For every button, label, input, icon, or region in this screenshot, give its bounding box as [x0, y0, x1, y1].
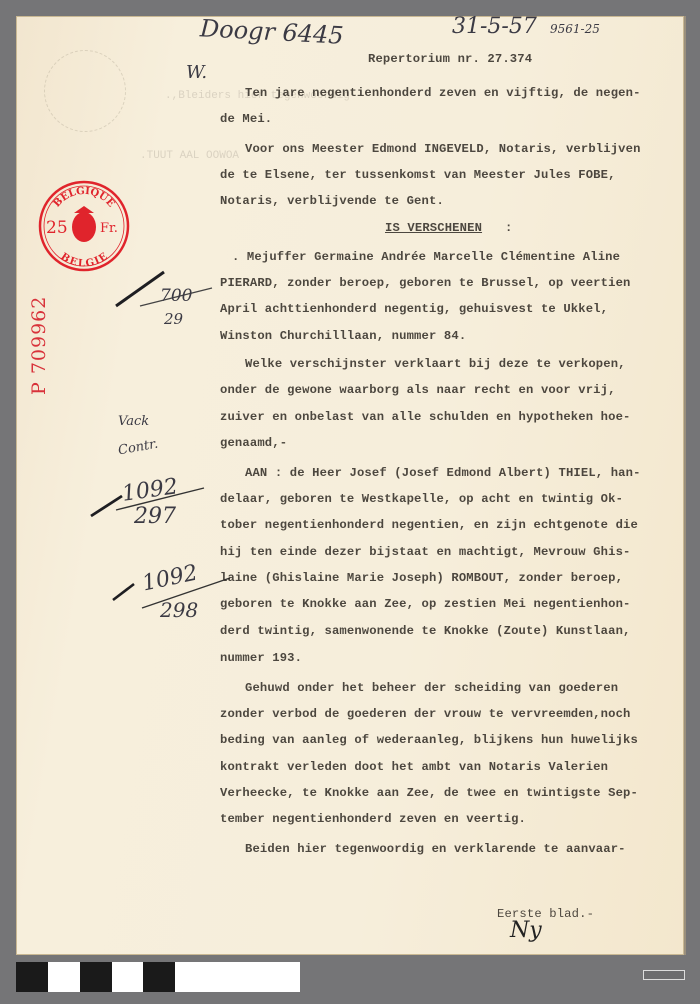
body-line: AAN : de Heer Josef (Josef Edmond Albert…	[245, 466, 641, 480]
body-line: beding van aanleg of wederaanleg, blijke…	[220, 733, 638, 747]
body-line: tober negentienhonderd negentien, en zij…	[220, 518, 638, 532]
embossed-seal-icon	[44, 50, 126, 132]
calibration-swatch-white	[112, 962, 143, 992]
body-line: kontrakt verleden doot het ambt van Nota…	[220, 760, 608, 774]
body-line: Ten jare negentienhonderd zeven en vijft…	[245, 86, 641, 100]
margin-note-vack: Vack	[118, 414, 149, 429]
body-line: delaar, geboren te Westkapelle, op acht …	[220, 492, 623, 506]
calibration-swatch-white	[175, 962, 300, 992]
stamp-unit: Fr.	[100, 221, 118, 236]
body-line: Winston Churchilllaan, nummer 84.	[220, 329, 466, 343]
handwritten-date: 31-5-57	[452, 14, 537, 39]
stamp-value: 25	[46, 218, 68, 238]
body-line: hij ten einde dezer bijstaat en machtigt…	[220, 545, 631, 559]
archive-label-tag	[643, 970, 685, 980]
body-line: onder de gewone waarborg als naar recht …	[220, 383, 616, 397]
page-edge	[684, 16, 686, 955]
body-line: Verheecke, te Knokke aan Zee, de twee en…	[220, 786, 638, 800]
handwritten-reference: 9561-25	[550, 22, 600, 36]
section-heading: IS VERSCHENEN	[385, 221, 482, 235]
calibration-swatch-white	[48, 962, 80, 992]
body-line: nummer 193.	[220, 651, 302, 665]
body-line: laine (Ghislaine Marie Joseph) ROMBOUT, …	[220, 571, 623, 585]
pen-stroke-icon	[110, 578, 140, 604]
notary-signature: Ny	[510, 918, 542, 943]
body-line: derd twintig, samenwonende te Knokke (Zo…	[220, 624, 631, 638]
body-line: Welke verschijnster verklaart bij deze t…	[245, 357, 626, 371]
body-line: geboren te Knokke aan Zee, op zestien Me…	[220, 597, 631, 611]
heading-colon: :	[505, 221, 512, 235]
revenue-stamp-icon: BELGIQUE BELGIE 25 Fr.	[38, 180, 130, 272]
calibration-swatch-black	[16, 962, 48, 992]
body-line: de Mei.	[220, 112, 272, 126]
body-line: PIERARD, zonder beroep, geboren te Bruss…	[220, 276, 631, 290]
body-line: Beiden hier tegenwoordig en verklarende …	[245, 842, 626, 856]
handwritten-margin-mark: W.	[186, 62, 207, 83]
body-line: . Mejuffer Germaine Andrée Marcelle Clém…	[232, 250, 620, 264]
bleed-through-text: .TUUT AAL OOWOA	[140, 150, 239, 162]
body-line: genaamd,-	[220, 436, 287, 450]
body-line: zuiver en onbelast van alle schulden en …	[220, 410, 631, 424]
body-line: Voor ons Meester Edmond INGEVELD, Notari…	[245, 142, 641, 156]
body-line: tember negentienhonderd zeven en veertig…	[220, 812, 526, 826]
calibration-swatch-black	[80, 962, 112, 992]
body-line: de te Elsene, ter tussenkomst van Meeste…	[220, 168, 616, 182]
body-line: Notaris, verblijvende te Gent.	[220, 194, 444, 208]
calibration-swatch-black	[143, 962, 175, 992]
body-line: Gehuwd onder het beheer der scheiding va…	[245, 681, 618, 695]
body-line: zonder verbod de goederen der vrouw te v…	[220, 707, 631, 721]
repertorium-number: Repertorium nr. 27.374	[368, 52, 532, 66]
body-line: April achttienhonderd negentig, gehuisve…	[220, 302, 608, 316]
serial-number: P 709962	[28, 296, 50, 395]
